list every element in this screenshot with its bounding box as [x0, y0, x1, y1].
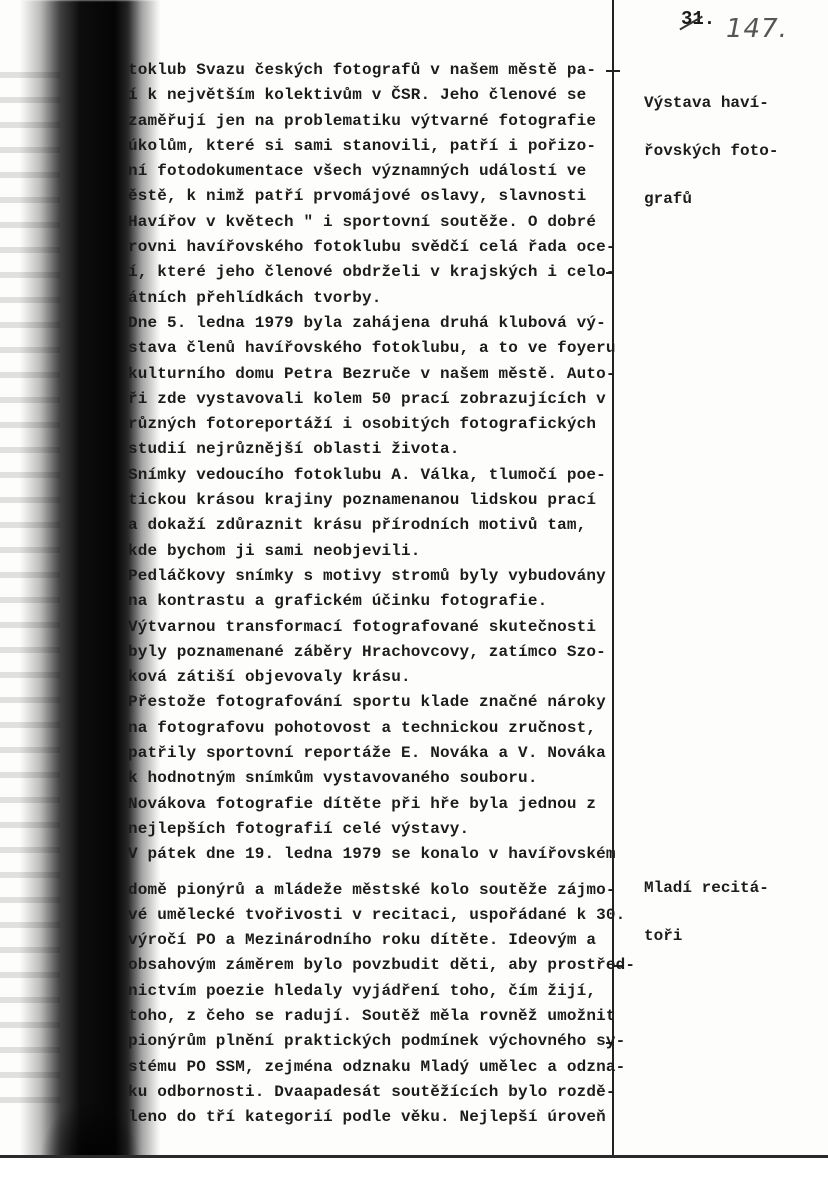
- text-line: kde bychom ji sami neobjevili.: [128, 539, 628, 564]
- text-line: í k největším kolektivům v ČSR. Jeho čle…: [128, 83, 628, 108]
- text-line: úkolům, které si sami stanovili, patří i…: [128, 134, 628, 159]
- margin-note-line: řovských foto-: [644, 143, 778, 159]
- text-line: ku odbornosti. Dvaapadesát soutěžících b…: [128, 1080, 628, 1105]
- text-line: nejlepších fotografií celé výstavy.: [128, 817, 628, 842]
- text-line: ní fotodokumentace všech významných udál…: [128, 159, 628, 184]
- text-line: Novákova fotografie dítěte při hře byla …: [128, 792, 628, 817]
- text-line: stava členů havířovského fotoklubu, a to…: [128, 336, 628, 361]
- text-line: nictvím poezie hledaly vyjádření toho, č…: [128, 979, 628, 1004]
- text-line: výročí PO a Mezinárodního roku dítěte. I…: [128, 928, 628, 953]
- text-line: Pedláčkovy snímky s motivy stromů byly v…: [128, 564, 628, 589]
- line-gap: [128, 868, 628, 878]
- text-line: na kontrastu a grafickém účinku fotograf…: [128, 589, 628, 614]
- text-line: í, které jeho členové obdrželi v krajský…: [128, 260, 628, 285]
- typed-page-number: 31.: [681, 8, 715, 30]
- typewritten-body: toklub Svazu českých fotografů v našem m…: [128, 58, 628, 1130]
- text-line: pionýrům plnění praktických podmínek výc…: [128, 1029, 628, 1054]
- text-line: ková zátiší objevovaly krásu.: [128, 665, 628, 690]
- text-line: k hodnotným snímkům vystavovaného soubor…: [128, 766, 628, 791]
- text-line: patřily sportovní reportáže E. Nováka a …: [128, 741, 628, 766]
- text-line: na fotografovu pohotovost a technickou z…: [128, 716, 628, 741]
- text-line: ěstě, k nimž patří prvomájové oslavy, sl…: [128, 184, 628, 209]
- text-line: Snímky vedoucího fotoklubu A. Válka, tlu…: [128, 463, 628, 488]
- margin-note-line: toři: [644, 928, 769, 944]
- text-line: V pátek dne 19. ledna 1979 se konalo v h…: [128, 842, 628, 867]
- text-line: Dne 5. ledna 1979 byla zahájena druhá kl…: [128, 311, 628, 336]
- text-line: Přestože fotografování sportu klade znač…: [128, 690, 628, 715]
- margin-note-line: Mladí recitá-: [644, 880, 769, 896]
- text-line: byly poznamenané záběry Hrachovcovy, zat…: [128, 640, 628, 665]
- text-line: domě pionýrů a mládeže městské kolo sout…: [128, 878, 628, 903]
- binding-curl-shadow: [40, 1100, 140, 1160]
- margin-note-line: grafů: [644, 191, 778, 207]
- text-line: Výtvarnou transformací fotografované sku…: [128, 615, 628, 640]
- margin-note-line: Výstava haví-: [644, 95, 778, 111]
- margin-note-exhibition: Výstava haví- řovských foto- grafů: [644, 63, 778, 239]
- text-line: stému PO SSM, zejména odznaku Mladý uměl…: [128, 1055, 628, 1080]
- text-line: vé umělecké tvořivosti v recitaci, uspoř…: [128, 903, 628, 928]
- text-line: obsahovým záměrem bylo povzbudit děti, a…: [128, 953, 628, 978]
- text-line: toklub Svazu českých fotografů v našem m…: [128, 58, 628, 83]
- text-line: tickou krásou krajiny poznamenanou lidsk…: [128, 488, 628, 513]
- document-page: 31. 147. Výstava haví- řovských foto- gr…: [0, 0, 828, 1172]
- text-line: rovni havířovského fotoklubu svědčí celá…: [128, 235, 628, 260]
- text-line: studií nejrůznější oblasti života.: [128, 437, 628, 462]
- text-line: Havířov v květech " i sportovní soutěže.…: [128, 210, 628, 235]
- text-line: toho, z čeho se radují. Soutěž měla rovn…: [128, 1004, 628, 1029]
- text-line: různých fotoreportáží i osobitých fotogr…: [128, 412, 628, 437]
- text-line: a dokaží zdůraznit krásu přírodních moti…: [128, 513, 628, 538]
- text-line: leno do tří kategorií podle věku. Nejlep…: [128, 1105, 628, 1130]
- handwritten-page-number: 147.: [726, 14, 788, 44]
- text-line: kulturního domu Petra Bezruče v našem mě…: [128, 362, 628, 387]
- text-line: ři zde vystavovali kolem 50 prací zobraz…: [128, 387, 628, 412]
- text-line: átních přehlídkách tvorby.: [128, 286, 628, 311]
- page-bottom-edge: [0, 1155, 828, 1185]
- text-line: zaměřují jen na problematiku výtvarné fo…: [128, 109, 628, 134]
- margin-note-reciters: Mladí recitá- toři: [644, 848, 769, 976]
